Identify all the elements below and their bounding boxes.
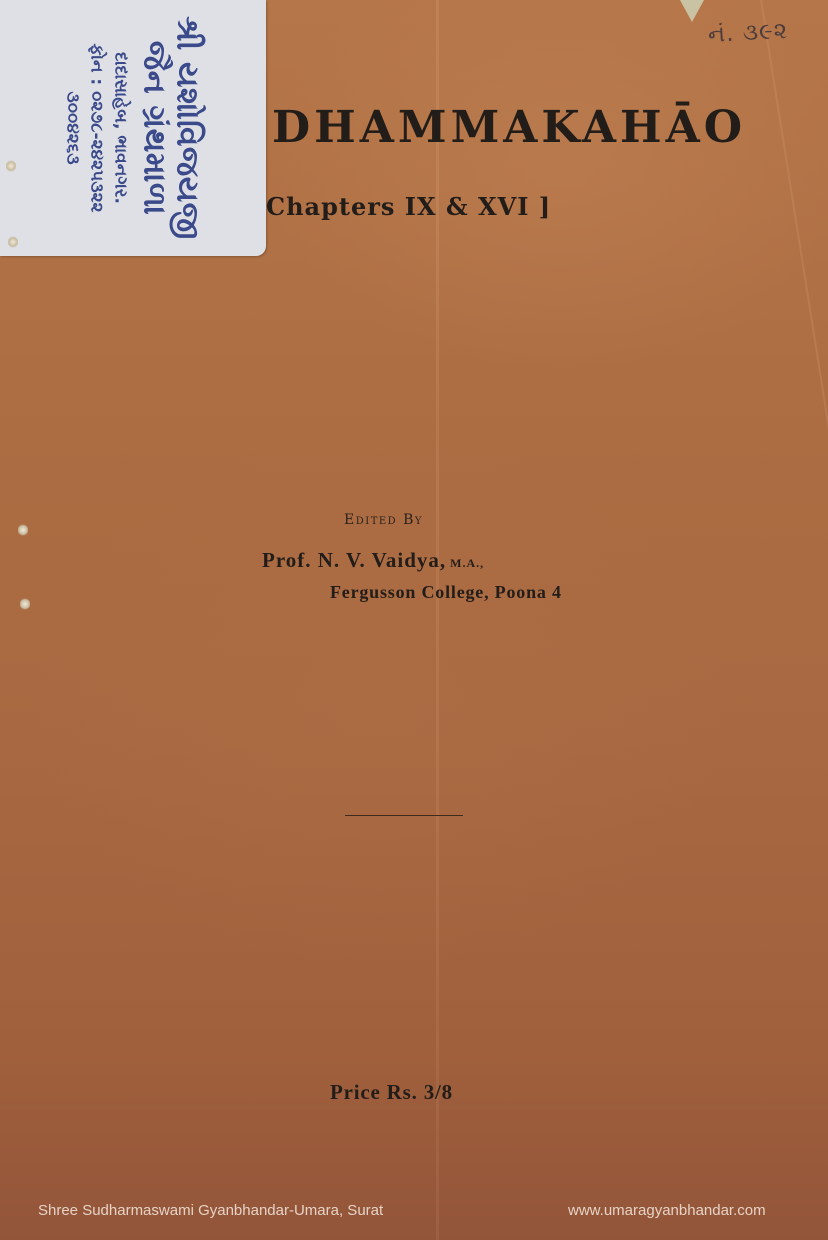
handwritten-number: નં. ૩૯૨ — [707, 18, 788, 48]
editor-degree: M.A., — [446, 556, 484, 570]
edited-by-label: Edited By — [344, 512, 423, 528]
library-accession-number: ૩૦૦૪૨૬૩ — [63, 0, 81, 256]
library-name-line2: જૈન ગ્રંથમાળા — [138, 0, 171, 256]
book-title: DHAMMAKAHĀO — [272, 106, 746, 150]
editor-name: Prof. N. V. Vaidya, — [262, 548, 446, 572]
library-name-line1: શ્રી યશોવિજયજી — [171, 0, 204, 256]
divider-rule — [345, 815, 463, 816]
library-label: શ્રી યશોવિજયજી જૈન ગ્રંથમાળા દાદાસાહેબ, … — [0, 0, 266, 256]
editor-line: Prof. N. V. Vaidya, M.A., — [262, 548, 484, 573]
staple-hole-icon — [6, 160, 16, 172]
library-phone: ફોન : ૦૨૭૮-૨૪૨૫૩૨૨ — [87, 0, 105, 256]
footer-source-name: Shree Sudharmaswami Gyanbhandar-Umara, S… — [38, 1202, 383, 1219]
library-address: દાદાસાહેબ, ભાવનગર. — [110, 0, 128, 256]
staple-hole-icon — [8, 236, 18, 248]
staple-hole-icon — [20, 598, 30, 610]
fold-line — [436, 0, 439, 1240]
staple-hole-icon — [18, 524, 28, 536]
price-text: Price Rs. 3/8 — [330, 1080, 453, 1105]
torn-corner — [680, 0, 704, 22]
editor-institution: Fergusson College, Poona 4 — [330, 582, 562, 603]
library-label-text: શ્રી યશોવિજયજી જૈન ગ્રંથમાળા દાદાસાહેબ, … — [63, 0, 204, 256]
book-subtitle: Chapters IX & XVI ] — [266, 192, 551, 221]
footer-website: www.umaragyanbhandar.com — [568, 1202, 766, 1219]
